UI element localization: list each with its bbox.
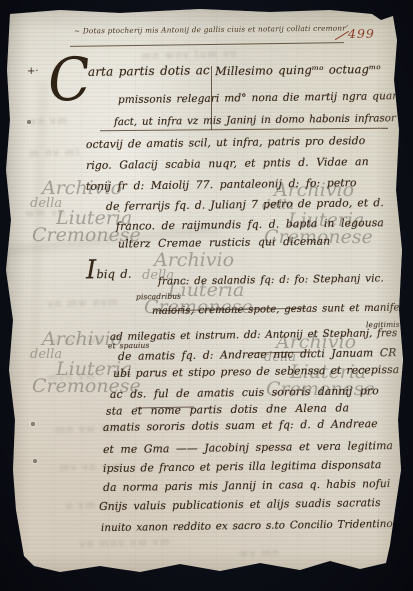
body-line: rigo. Galacij scabia nuqr, et pntis d. V… xyxy=(86,155,369,172)
body-line: Ibiq d. xyxy=(86,266,132,282)
header-annotation: ~ Dotas ptocherij mis Antonij de gallis … xyxy=(74,24,349,36)
ghost-bleedthrough-line: im vn m xyxy=(28,147,79,159)
body-line: ulterz Cremae rusticis qui diceman xyxy=(118,235,330,251)
ghost-bleedthrough-line: nv mul vnw nm xyxy=(140,49,237,63)
body-line: inuito xanon reddito ex sacro s.to Conci… xyxy=(101,518,393,534)
body-line: ipsius de franco et peris illa legitima … xyxy=(103,458,382,475)
body-line: arta partis dotis ac xyxy=(88,63,210,79)
ghost-bleedthrough-line: nm vw xyxy=(238,547,279,559)
paper-hole xyxy=(27,120,31,124)
body-line: franc: de salandis fq: d: fo: Stephanj v… xyxy=(158,272,384,287)
body-line: sta et nome partis dotis dne Alena da xyxy=(106,401,349,417)
body-line: Millesimo quingᵐᵒ octuagᵐᵒ xyxy=(215,62,381,78)
body-line: pmissonis relegari md° nona die martij n… xyxy=(118,90,408,106)
ghost-bleedthrough-line: mv nw xyxy=(26,115,67,127)
body-line: octavij de amatis scil, ut infra, patris… xyxy=(86,134,365,151)
margin-cross-mark: +· xyxy=(27,66,39,77)
drop-cap: C xyxy=(46,53,93,109)
photo-background: nv mul vnw nm mv nw im vn m nv mw mvn wm… xyxy=(0,0,413,591)
body-line: et me Gma —— Jacobinj spessa et vera leg… xyxy=(103,439,393,456)
paper-hole xyxy=(33,459,37,463)
header-rule xyxy=(70,42,344,47)
manuscript-paper: nv mul vnw nm mv nw im vn m nv mw mvn wm… xyxy=(0,0,413,591)
folio-number: 499 xyxy=(348,26,375,41)
paper-hole xyxy=(31,422,35,426)
body-line: fact, ut infra vz mis Janinj in domo hab… xyxy=(114,112,413,128)
body-line: amatis sororis dotis suam et fq: d. d An… xyxy=(103,417,378,434)
ghost-bleedthrough-line: mvn wm nv xyxy=(46,297,118,310)
body-line: Gnijs valuis publicationis et alijs suad… xyxy=(99,496,381,513)
ghost-bleedthrough-line: mv wn vnm nv xyxy=(78,537,170,550)
interlinear-note: piscadribus xyxy=(136,292,181,302)
body-line: da norma paris mis Jannij in casa q. hab… xyxy=(103,477,391,494)
text-underline-rule xyxy=(100,128,388,132)
